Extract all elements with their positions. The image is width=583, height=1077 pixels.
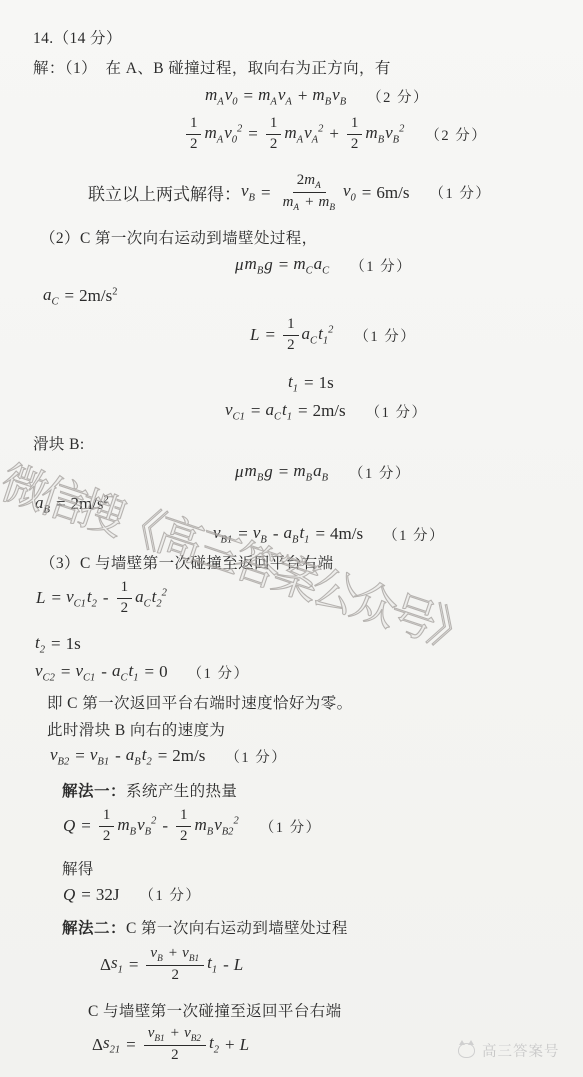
footer-brand-text: 高三答案号 [482, 1040, 560, 1061]
fraction: 12 [186, 115, 201, 153]
math-variable: vA [278, 85, 292, 108]
bold-label: 解法一： [62, 779, 126, 801]
math-variable: vB2 [184, 1025, 201, 1044]
math-variable: mA [283, 194, 299, 213]
math-operator: = [265, 325, 275, 345]
math-operator: = [279, 462, 289, 482]
text-run: 2 [180, 828, 187, 846]
math-operator: + [171, 1025, 179, 1043]
text-run: 2 [351, 136, 358, 154]
math-variable: vB1 [213, 523, 232, 546]
text-run: 滑块 B: [33, 432, 85, 454]
math-variable: vB2 [385, 123, 404, 146]
text-run: 此时滑块 B 向右的速度为 [47, 718, 225, 740]
math-operator: + [225, 1035, 235, 1055]
math-operator: = [144, 662, 154, 682]
math-operator: = [51, 634, 61, 654]
acceleration-b-value: aB=2m/s2 [35, 493, 109, 516]
math-variable: t2 [35, 633, 45, 656]
fraction-denominator: mA+mB [279, 193, 340, 213]
math-variable: vB2 [137, 815, 156, 838]
math-variable: vB [332, 85, 346, 108]
math-variable: t2 [209, 1033, 219, 1056]
text-run: C 与墙壁第一次碰撞至返回平台右端 [88, 999, 342, 1021]
score-label: （1 分） [350, 255, 412, 276]
fraction: 12 [347, 115, 362, 153]
friction-equation-b: μmBg=mBaB（1 分） [235, 461, 411, 484]
text-run: 2 [121, 600, 128, 618]
score-label: （1 分） [260, 816, 322, 837]
math-variable: mA [204, 123, 223, 146]
fraction-numerator: 1 [283, 316, 298, 336]
math-variable: t1 [288, 372, 298, 395]
energy-conservation-equation: 12mAv02=12mAvA2+12mBvB2（2 分） [183, 115, 487, 153]
math-operator: = [248, 124, 258, 144]
math-variable: mC [293, 254, 312, 277]
text-run: 2 [287, 337, 294, 355]
math-variable: L [36, 588, 45, 608]
score-label: （1 分） [188, 662, 250, 683]
math-operator: = [65, 286, 75, 306]
math-variable: g [264, 462, 273, 482]
math-variable: mB [117, 815, 136, 838]
math-variable: s1 [111, 953, 123, 976]
problem-number: 14.（14 分） [33, 26, 122, 48]
math-variable: aB [284, 523, 299, 546]
math-operator: + [329, 124, 339, 144]
math-variable: v0 [225, 85, 238, 108]
fraction-numerator: 1 [176, 807, 191, 827]
math-variable: g [264, 255, 273, 275]
text-run: 解：（1） 在 A、B 碰撞过程，取向右为正方向，有 [33, 56, 391, 78]
math-variable: aC [314, 254, 330, 277]
fraction: vB1+vB22 [144, 1025, 206, 1065]
text-run: 解得 [62, 857, 94, 879]
score-label: （1 分） [366, 401, 428, 422]
text-run: 2m/s [313, 401, 346, 421]
math-variable: aC [43, 285, 59, 308]
text-run: 2m/s2 [79, 286, 117, 306]
text-run: 1 [287, 316, 294, 334]
score-label: （1 分） [429, 182, 491, 203]
text-run: 1s [319, 373, 334, 393]
math-operator: = [129, 955, 139, 975]
text-run: 2 [171, 1047, 178, 1065]
fraction-denominator: 2 [283, 336, 298, 355]
math-variable: t1 [299, 523, 309, 546]
solution-step1-heading: 解：（1） 在 A、B 碰撞过程，取向右为正方向，有 [33, 56, 391, 78]
text-run: 1 [180, 807, 187, 825]
text-run: （3）C 与墙壁第一次碰撞至返回平台右端 [40, 551, 333, 573]
fraction: 12 [117, 579, 132, 617]
math-variable: μ [235, 462, 244, 482]
math-variable: mB [319, 194, 335, 213]
math-operator: - [103, 588, 109, 608]
heat-value: Q=32J（1 分） [63, 884, 201, 905]
text-run: 即 C 第一次返回平台右端时速度恰好为零。 [47, 691, 353, 713]
math-operator: - [223, 955, 229, 975]
math-operator: = [51, 588, 61, 608]
text-run: 14.（14 分） [33, 26, 122, 48]
math-variable: t2 [142, 745, 152, 768]
fraction-denominator: 2 [99, 827, 114, 846]
time2-value: t2=1s [35, 633, 81, 656]
fraction-numerator: 1 [347, 115, 362, 135]
distance-equation: L=12aCt12（1 分） [250, 316, 416, 354]
heat-equation: Q=12mBvB2-12mBvB22（1 分） [63, 807, 322, 845]
note-c-returns: 即 C 第一次返回平台右端时速度恰好为零。 [47, 691, 353, 713]
math-variable: t22 [152, 587, 167, 610]
fraction-denominator: 2 [168, 966, 183, 985]
math-operator: - [101, 662, 107, 682]
math-operator: + [305, 194, 313, 212]
math-variable: vB [253, 523, 267, 546]
solution-step3-heading: （3）C 与墙壁第一次碰撞至返回平台右端 [40, 551, 333, 573]
velocity-c2-equation: vC2=vC1-aCt1=0（1 分） [35, 661, 249, 684]
fraction-denominator: 2 [266, 135, 281, 154]
math-variable: Q [63, 816, 75, 836]
math-variable: mB [365, 123, 384, 146]
text-run: 2m/s2 [71, 494, 109, 514]
text-run: Δ [92, 1035, 103, 1055]
math-variable: aB [35, 493, 50, 516]
math-operator: - [273, 524, 279, 544]
math-operator: = [56, 494, 66, 514]
solve-label: 解得 [62, 857, 94, 879]
score-label: （1 分） [140, 884, 202, 905]
math-variable: L [250, 325, 259, 345]
text-run: 2 [103, 828, 110, 846]
method2-heading: 解法二：C 第一次向右运动到墙壁处过程 [62, 916, 348, 938]
math-variable: μ [235, 255, 244, 275]
text-run: 1 [190, 115, 197, 133]
math-variable: L [240, 1035, 249, 1055]
math-variable: mA [284, 123, 303, 146]
fraction: 12 [176, 807, 191, 845]
math-operator: - [162, 816, 168, 836]
score-label: （1 分） [349, 462, 411, 483]
math-variable: vB1 [90, 745, 109, 768]
math-operator: + [169, 945, 177, 963]
text-run: 1 [121, 579, 128, 597]
method1-heading: 解法一：系统产生的热量 [62, 779, 237, 801]
fraction-numerator: vB+vB1 [146, 945, 204, 966]
math-variable: aC [302, 324, 318, 347]
text-run: 2m/s [172, 746, 205, 766]
note-b-velocity: 此时滑块 B 向右的速度为 [47, 718, 225, 740]
fraction-numerator: vB1+vB2 [144, 1025, 206, 1046]
text-run: 联立以上两式解得： [88, 180, 241, 205]
math-operator: = [75, 746, 85, 766]
velocity-b2-equation: vB2=vB1-aBt2=2m/s（1 分） [50, 745, 287, 768]
math-operator: - [115, 746, 121, 766]
score-label: （2 分） [425, 124, 487, 145]
math-variable: vB1 [148, 1025, 165, 1044]
text-run: 2 [190, 136, 197, 154]
document-page: 14.（14 分）解：（1） 在 A、B 碰撞过程，取向右为正方向，有mAv0=… [0, 0, 583, 1077]
math-variable: mB [245, 461, 264, 484]
fraction-numerator: 1 [99, 807, 114, 827]
text-run: Δ [100, 955, 111, 975]
fraction-numerator: 1 [266, 115, 281, 135]
math-operator: = [244, 86, 254, 106]
math-variable: aC [112, 661, 128, 684]
text-run: 1 [351, 115, 358, 133]
math-operator: = [304, 373, 314, 393]
text-run: 1 [103, 807, 110, 825]
momentum-conservation-equation: mAv0=mAvA+mBvB（2 分） [205, 85, 429, 108]
math-variable: vC1 [66, 587, 86, 610]
math-operator: = [158, 746, 168, 766]
footer-brand: 高三答案号 [458, 1040, 560, 1061]
text-run: 2 [172, 967, 179, 985]
math-operator: = [81, 885, 91, 905]
text-run: C 第一次向右运动到墙壁处过程 [126, 916, 348, 938]
text-run: 1 [270, 115, 277, 133]
math-variable: v0 [343, 181, 356, 204]
text-run: 2 [297, 172, 304, 190]
solve-vb-equation: 联立以上两式解得：vB=2mAmA+mBv0=6m/s（1 分） [88, 172, 491, 214]
displacement1-equation: Δs1=vB+vB12t1-L [100, 945, 244, 985]
math-variable: mB [312, 85, 331, 108]
math-variable: vB22 [214, 815, 239, 838]
score-label: （2 分） [367, 86, 429, 107]
text-run: 6m/s [376, 183, 409, 203]
math-variable: mB [293, 461, 312, 484]
step3-repeat-heading: C 与墙壁第一次碰撞至返回平台右端 [88, 999, 342, 1021]
math-variable: t2 [87, 587, 97, 610]
solution-step2-heading: （2）C 第一次向右运动到墙壁处过程， [40, 226, 318, 248]
math-variable: mB [245, 254, 264, 277]
math-variable: mA [258, 85, 277, 108]
math-operator: = [61, 662, 71, 682]
velocity-c1-equation: vC1=aCt1=2m/s（1 分） [225, 400, 428, 423]
math-variable: s21 [103, 1033, 120, 1056]
text-run: 系统产生的热量 [126, 779, 237, 801]
math-variable: vC1 [225, 400, 245, 423]
score-label: （1 分） [383, 524, 445, 545]
math-operator: = [279, 255, 289, 275]
math-variable: t1 [282, 400, 292, 423]
math-operator: = [298, 401, 308, 421]
math-variable: t12 [318, 324, 333, 347]
text-run: 1s [66, 634, 81, 654]
velocity-b1-equation: vB1=vB-aBt1=4m/s（1 分） [213, 523, 445, 546]
math-variable: mA [304, 172, 320, 191]
math-operator: = [362, 183, 372, 203]
math-operator: = [251, 401, 261, 421]
math-variable: vC1 [75, 661, 95, 684]
text-run: （2）C 第一次向右运动到墙壁处过程， [40, 226, 318, 248]
math-variable: aC [265, 400, 281, 423]
math-variable: vB [241, 181, 255, 204]
math-variable: aB [126, 745, 141, 768]
math-operator: = [315, 524, 325, 544]
math-variable: vC2 [35, 661, 55, 684]
fraction-numerator: 1 [117, 579, 132, 599]
math-variable: L [234, 955, 243, 975]
friction-equation-c: μmBg=mCaC（1 分） [235, 254, 412, 277]
text-run: 32J [96, 885, 120, 905]
fraction-denominator: 2 [347, 135, 362, 154]
cat-logo-icon [458, 1043, 475, 1058]
fraction-denominator: 2 [176, 827, 191, 846]
math-variable: vB [150, 945, 162, 964]
fraction: 12 [283, 316, 298, 354]
fraction-denominator: 2 [117, 599, 132, 618]
text-run: 2 [270, 136, 277, 154]
fraction: 2mAmA+mB [279, 172, 340, 214]
math-variable: t1 [128, 661, 138, 684]
math-variable: Q [63, 885, 75, 905]
math-variable: mB [194, 815, 213, 838]
math-variable: t1 [207, 953, 217, 976]
return-distance-equation: L=vC1t2-12aCt22 [36, 579, 168, 617]
math-operator: + [298, 86, 308, 106]
fraction: 12 [99, 807, 114, 845]
math-operator: = [126, 1035, 136, 1055]
math-variable: vB1 [182, 945, 199, 964]
text-run: 0 [159, 662, 168, 682]
math-variable: vB2 [50, 745, 69, 768]
score-label: （1 分） [354, 325, 416, 346]
fraction-numerator: 1 [186, 115, 201, 135]
acceleration-c-value: aC=2m/s2 [43, 285, 117, 308]
fraction-denominator: 2 [186, 135, 201, 154]
slider-b-heading: 滑块 B: [33, 432, 85, 454]
time1-value: t1=1s [288, 372, 334, 395]
bold-label: 解法二： [62, 916, 126, 938]
math-operator: = [261, 183, 271, 203]
fraction: vB+vB12 [146, 945, 204, 985]
math-variable: aC [135, 587, 151, 610]
fraction-denominator: 2 [167, 1046, 182, 1065]
math-variable: aB [313, 461, 328, 484]
math-operator: = [81, 816, 91, 836]
math-variable: v02 [224, 123, 242, 146]
math-operator: = [238, 524, 248, 544]
fraction-numerator: 2mA [293, 172, 326, 193]
displacement21-equation: Δs21=vB1+vB22t2+L [92, 1025, 250, 1065]
text-run: 4m/s [330, 524, 363, 544]
math-variable: vA2 [304, 123, 323, 146]
score-label: （1 分） [225, 746, 287, 767]
fraction: 12 [266, 115, 281, 153]
math-variable: mA [205, 85, 224, 108]
